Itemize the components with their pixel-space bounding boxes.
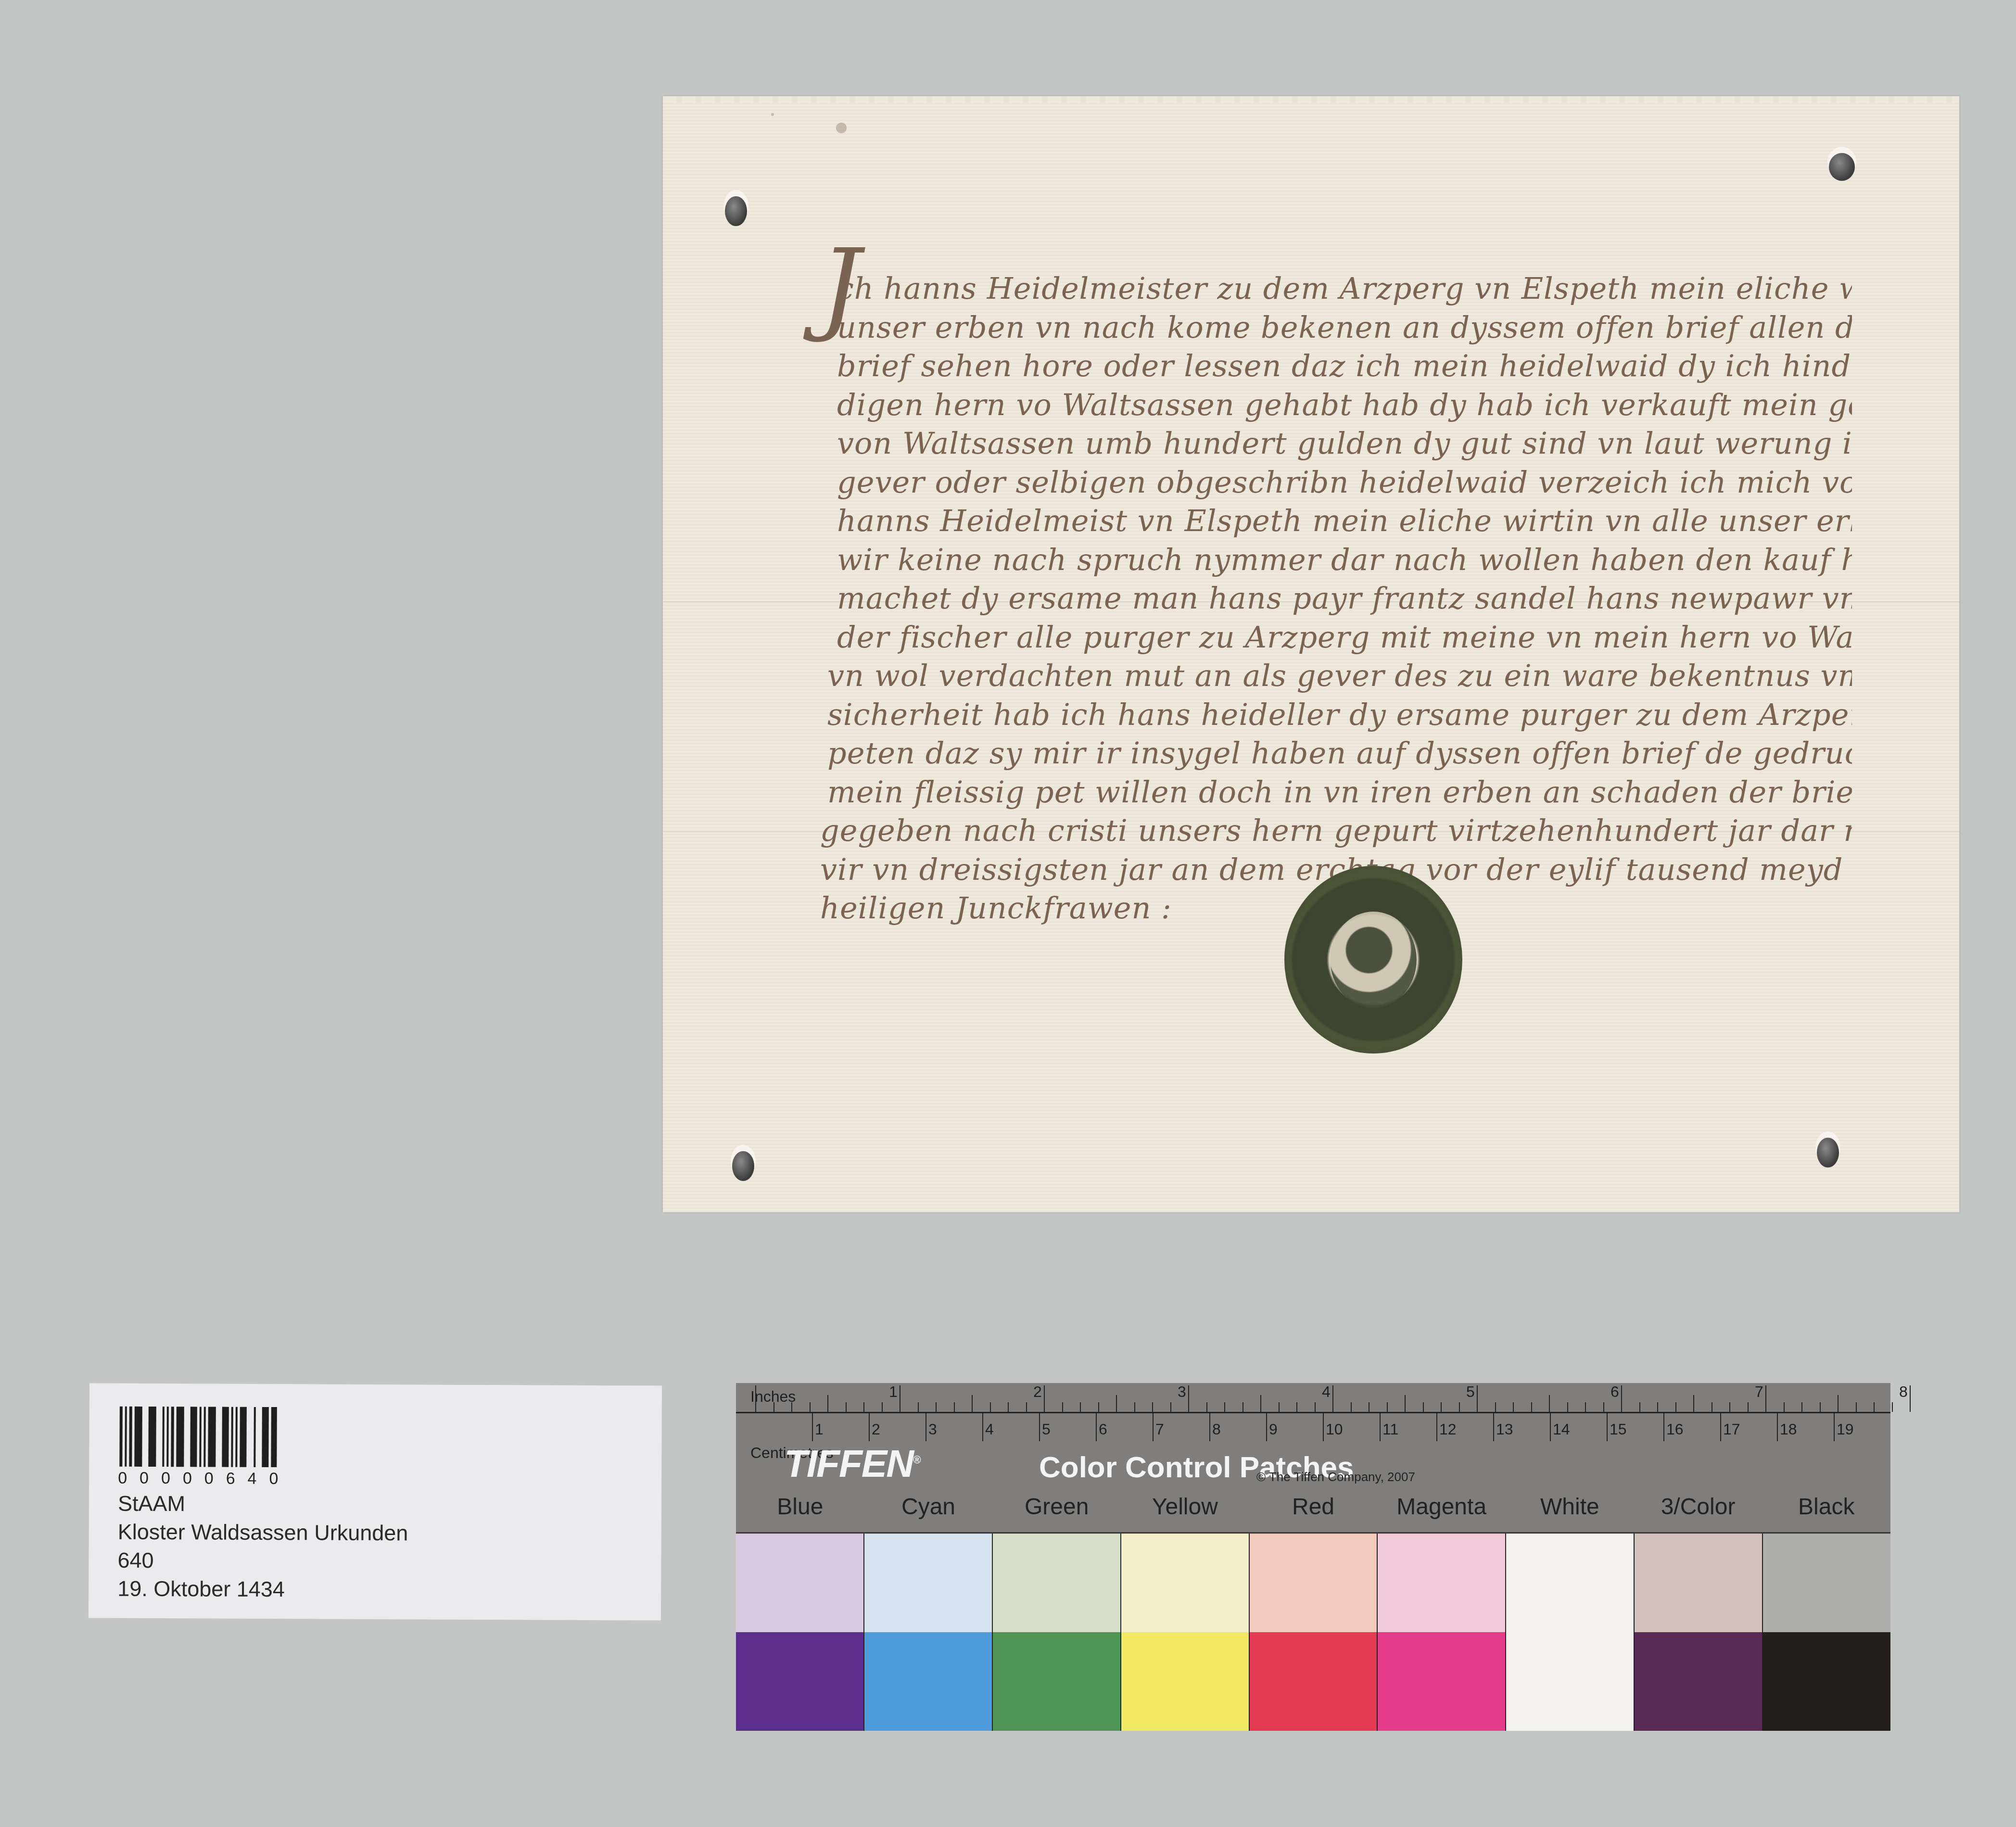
archive-label: 00000640 StAAM Kloster Waldsassen Urkund… (89, 1383, 662, 1620)
patch-label: Green (992, 1494, 1121, 1520)
cm-tick-label: 10 (1326, 1421, 1343, 1438)
text-line: vn wol verdachten mut an als gever des z… (794, 657, 1852, 696)
text-line: von Waltsassen umb hundert gulden dy gut… (794, 424, 1852, 463)
inch-tick-label: 4 (1322, 1383, 1331, 1401)
document-date: 19. Oktober 1434 (117, 1574, 408, 1604)
cm-tick-label: 12 (1439, 1421, 1457, 1438)
archive-name: StAAM (118, 1489, 408, 1519)
cm-tick-label: 9 (1269, 1421, 1278, 1438)
text-line: brief sehen hore oder lessen daz ich mei… (794, 347, 1852, 386)
cm-tick-label: 15 (1610, 1421, 1627, 1438)
cm-tick-label: 13 (1496, 1421, 1513, 1438)
stain-spot (771, 113, 774, 116)
text-line: ch hanns Heidelmeister zu dem Arzperg vn… (794, 269, 1852, 308)
cm-tick-label: 7 (1155, 1421, 1164, 1438)
document-number: 640 (117, 1546, 408, 1576)
inch-tick-label: 7 (1755, 1383, 1763, 1401)
patch-3-color (1635, 1534, 1763, 1731)
patch-white (1506, 1534, 1635, 1731)
seal-impression (1330, 912, 1417, 1008)
patch-black (1763, 1534, 1890, 1731)
text-line: machet dy ersame man hans payr frantz sa… (794, 579, 1852, 618)
inch-tick-label: 3 (1178, 1383, 1186, 1401)
ruler-divider (736, 1412, 1890, 1413)
barcode-icon (119, 1407, 279, 1467)
text-line: wir keine nach spruch nymmer dar nach wo… (794, 541, 1852, 580)
patch-red (1250, 1534, 1378, 1731)
text-line: der fischer alle purger zu Arzperg mit m… (794, 618, 1852, 657)
patch-green (993, 1534, 1121, 1731)
inch-tick-label: 6 (1610, 1383, 1619, 1401)
color-patches (736, 1532, 1890, 1731)
cm-tick-label: 14 (1553, 1421, 1570, 1438)
mounting-pin-icon (732, 1151, 754, 1181)
tiffen-logo: TIFFEN® (784, 1442, 920, 1486)
text-line: gever oder selbigen obgeschribn heidelwa… (794, 463, 1852, 502)
mounting-pin-icon (725, 196, 747, 226)
cm-tick-label: 17 (1723, 1421, 1740, 1438)
patch-magenta (1378, 1534, 1506, 1731)
patch-yellow (1121, 1534, 1250, 1731)
patch-cyan (864, 1534, 993, 1731)
stain-spot (836, 123, 847, 133)
cm-tick-label: 16 (1666, 1421, 1684, 1438)
inch-tick-label: 5 (1466, 1383, 1475, 1401)
inch-tick-label: 2 (1033, 1383, 1042, 1401)
inch-tick-label: 1 (889, 1383, 898, 1401)
patch-label: Blue (736, 1494, 864, 1520)
text-line: peten daz sy mir ir insygel haben auf dy… (794, 734, 1852, 773)
cm-tick-label: 2 (872, 1421, 880, 1438)
cm-tick-label: 3 (928, 1421, 937, 1438)
patch-label: Red (1249, 1494, 1378, 1520)
text-line: sicherheit hab ich hans heideller dy ers… (794, 696, 1852, 735)
cm-tick-label: 11 (1382, 1421, 1398, 1438)
inch-tick-label: 8 (1899, 1383, 1908, 1401)
cm-tick-label: 6 (1099, 1421, 1107, 1438)
collection-name: Kloster Waldsassen Urkunden (118, 1518, 408, 1548)
mounting-pin-icon (1817, 1138, 1839, 1167)
ruler: Inches 123456781234567891011121314151617… (736, 1383, 1890, 1532)
cm-tick-label: 1 (815, 1421, 824, 1438)
handwritten-text: ch hanns Heidelmeister zu dem Arzperg vn… (794, 269, 1852, 928)
cm-tick-label: 18 (1780, 1421, 1797, 1438)
color-control-chart: Inches 123456781234567891011121314151617… (736, 1383, 1890, 1729)
cm-tick-label: 19 (1837, 1421, 1854, 1438)
mounting-pin-icon (1829, 153, 1855, 181)
patch-label: Magenta (1377, 1494, 1506, 1520)
patch-label: Yellow (1121, 1494, 1249, 1520)
text-line: unser erben vn nach kome bekenen an dyss… (794, 308, 1852, 347)
text-line: digen hern vo Waltsassen gehabt hab dy h… (794, 386, 1852, 425)
cm-tick-label: 8 (1212, 1421, 1221, 1438)
text-line: mein fleissig pet willen doch in vn iren… (794, 773, 1852, 812)
patch-label: Black (1762, 1494, 1890, 1520)
copyright-notice: © The Tiffen Company, 2007 (1256, 1470, 1415, 1484)
cm-tick-label: 5 (1042, 1421, 1051, 1438)
wax-seal-icon (1284, 866, 1462, 1053)
patch-label: White (1506, 1494, 1634, 1520)
patch-label: Cyan (864, 1494, 993, 1520)
text-line: gegeben nach cristi unsers hern gepurt v… (794, 812, 1852, 850)
barcode-number: 00000640 (118, 1469, 291, 1489)
text-line: hanns Heidelmeist vn Elspeth mein eliche… (794, 502, 1852, 541)
patch-labels: Blue Cyan Green Yellow Red Magenta White… (736, 1494, 1890, 1520)
cm-tick-label: 4 (985, 1421, 994, 1438)
patch-label: 3/Color (1634, 1494, 1762, 1520)
patch-blue (736, 1534, 864, 1731)
